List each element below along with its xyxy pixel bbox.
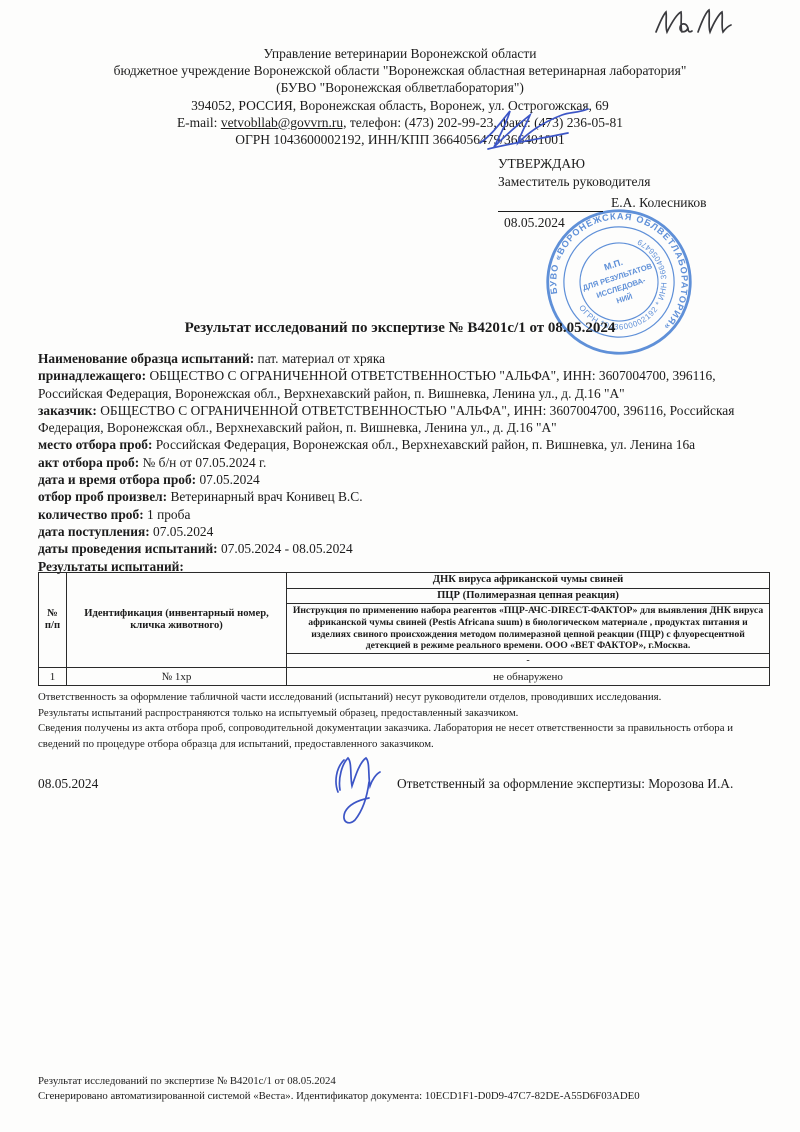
field-sampling-datetime-value: 07.05.2024 (199, 472, 259, 487)
field-sample-count-value: 1 проба (147, 507, 190, 522)
field-sampler: отбор проб произвел: Ветеринарный врач К… (38, 488, 772, 505)
org-ogrn-inn: ОГРН 1043600002192, ИНН/КПП 3664056479/3… (30, 131, 770, 148)
field-sampling-place: место отбора проб: Российская Федерация,… (38, 436, 772, 453)
responsible-person: Ответственный за оформление экспертизы: … (397, 776, 733, 792)
table-row: 1 № 1хр не обнаружено (39, 668, 770, 686)
field-owner-label: принадлежащего: (38, 368, 146, 383)
dash-cell: - (287, 654, 770, 668)
field-test-dates-label: даты проведения испытаний: (38, 541, 218, 556)
field-sampling-datetime-label: дата и время отбора проб: (38, 472, 196, 487)
signature-line (498, 196, 603, 212)
field-test-dates-value: 07.05.2024 - 08.05.2024 (221, 541, 353, 556)
approve-label: УТВЕРЖДАЮ (498, 155, 707, 173)
method-header-cell: ПЦР (Полимеразная цепная реакция) (287, 588, 770, 604)
page-footer: Результат исследований по экспертизе № В… (38, 1074, 758, 1104)
results-table: № п/п Идентификация (инвентарный номер, … (38, 572, 770, 686)
row-num-cell: 1 (39, 668, 67, 686)
org-authority: Управление ветеринарии Воронежской облас… (30, 45, 770, 62)
field-sampling-place-label: место отбора проб: (38, 437, 152, 452)
letterhead: Управление ветеринарии Воронежской облас… (30, 45, 770, 148)
field-sampling-act-label: акт отбора проб: (38, 455, 139, 470)
morozova-signature-icon (328, 748, 388, 833)
note-source: Сведения получены из акта отбора проб, с… (38, 721, 774, 752)
org-address: 394052, РОССИЯ, Воронежская область, Вор… (30, 97, 770, 114)
field-sample-name-label: Наименование образца испытаний: (38, 351, 254, 366)
field-receipt-date-value: 07.05.2024 (153, 524, 213, 539)
footer-generated-by: Сгенерировано автоматизированной системо… (38, 1089, 758, 1104)
approver-position: Заместитель руководителя (498, 173, 707, 191)
field-owner: принадлежащего: ОБЩЕСТВО С ОГРАНИЧЕННОЙ … (38, 367, 772, 402)
field-sampling-act: акт отбора проб: № б/н от 07.05.2024 г. (38, 454, 772, 471)
document-title: Результат исследований по экспертизе № В… (30, 320, 770, 337)
field-sample-name: Наименование образца испытаний: пат. мат… (38, 350, 772, 367)
org-contacts: E-mail: vetvobllab@govvrn.ru, телефон: (… (30, 114, 770, 131)
org-name: бюджетное учреждение Воронежской области… (30, 62, 770, 79)
field-sampler-value: Ветеринарный врач Конивец В.С. (170, 489, 362, 504)
field-customer-label: заказчик: (38, 403, 97, 418)
field-sampling-act-value: № б/н от 07.05.2024 г. (143, 455, 267, 470)
phone-fax: телефон: (473) 202-99-23, факс: (473) 23… (350, 115, 623, 130)
indicator-header-cell: ДНК вируса африканской чумы свиней (287, 573, 770, 589)
field-sample-count-label: количество проб: (38, 507, 144, 522)
org-short-name: (БУВО "Воронежская облветлаборатория") (30, 79, 770, 96)
footer-expertise-ref: Результат исследований по экспертизе № В… (38, 1074, 758, 1089)
row-id-cell: № 1хр (67, 668, 287, 686)
field-customer: заказчик: ОБЩЕСТВО С ОГРАНИЧЕННОЙ ОТВЕТС… (38, 402, 772, 437)
handwritten-mark-icon (648, 6, 738, 45)
note-scope: Результаты испытаний распространяются то… (38, 706, 774, 722)
field-test-dates: даты проведения испытаний: 07.05.2024 - … (38, 540, 772, 557)
field-sample-name-value: пат. материал от хряка (258, 351, 386, 366)
field-sample-count: количество проб: 1 проба (38, 506, 772, 523)
row-result-cell: не обнаружено (287, 668, 770, 686)
col-header-identification: Идентификация (инвентарный номер, кличка… (67, 573, 287, 668)
field-sampling-datetime: дата и время отбора проб: 07.05.2024 (38, 471, 772, 488)
field-sampling-place-value: Российская Федерация, Воронежская обл., … (156, 437, 695, 452)
stamp-center-line4: НИЙ (615, 292, 633, 306)
field-sampler-label: отбор проб произвел: (38, 489, 167, 504)
disclaimer-notes: Ответственность за оформление табличной … (38, 690, 774, 752)
email-link[interactable]: vetvobllab@govvrn.ru, (221, 115, 347, 130)
email-label: E-mail: (177, 115, 218, 130)
col-header-num: № п/п (39, 573, 67, 668)
document-page: Управление ветеринарии Воронежской облас… (0, 0, 800, 1132)
note-responsibility: Ответственность за оформление табличной … (38, 690, 774, 706)
sample-fields: Наименование образца испытаний: пат. мат… (38, 350, 772, 575)
field-customer-value: ОБЩЕСТВО С ОГРАНИЧЕННОЙ ОТВЕТСТВЕННОСТЬЮ… (38, 403, 734, 435)
field-receipt-date-label: дата поступления: (38, 524, 150, 539)
signoff-date: 08.05.2024 (38, 776, 98, 792)
method-description-cell: Инструкция по применению набора реагенто… (287, 604, 770, 654)
field-receipt-date: дата поступления: 07.05.2024 (38, 523, 772, 540)
